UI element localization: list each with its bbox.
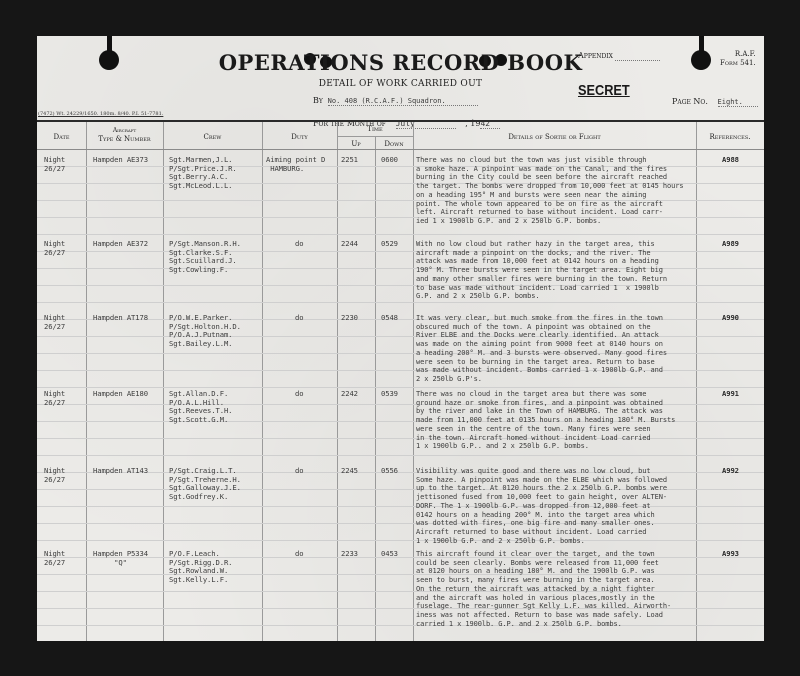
entry-date: Night 26/27 [44, 550, 65, 567]
header-aircraft: Aircraft Type & Number [86, 127, 163, 143]
entry-reference: A988 [722, 156, 739, 165]
header-time: Time [337, 125, 413, 133]
entry-crew: Sgt.Allan.D.F. P/O.A.L.Hill. Sgt.Reeves.… [169, 390, 232, 425]
header-details: Details of Sortie or Flight [413, 133, 696, 141]
entry-time-up: 2242 [341, 390, 358, 399]
by-label: By [313, 96, 323, 105]
entry-duty: do [295, 467, 303, 476]
entry-time-up: 2251 [341, 156, 358, 165]
entry-aircraft: Hampden AE372 [93, 240, 148, 249]
appendix-field: Appendix [578, 51, 660, 61]
entry-crew: P/Sgt.Craig.L.T. P/Sgt.Treherne.H. Sgt.G… [169, 467, 241, 502]
entry-aircraft: Hampden AT178 [93, 314, 148, 323]
entry-time-down: 0600 [381, 156, 398, 165]
header-duty: Duty [262, 133, 337, 141]
entry-duty: Aiming point D HAMBURG. [266, 156, 325, 173]
squadron-value: No. 408 (R.C.A.F.) Squadron. [328, 97, 478, 106]
entry-details: It was very clear, but much smoke from t… [416, 314, 667, 384]
entry-reference: A989 [722, 240, 739, 249]
form-number: Form 541. [720, 59, 756, 68]
entry-details: There was no cloud in the target area bu… [416, 390, 675, 451]
print-code: (7472) Wt. 24229/1650. 180m. 8/40. P.I. … [38, 111, 163, 117]
header-crew: Crew [163, 133, 262, 141]
entry-duty: do [295, 390, 303, 399]
entry-duty: do [295, 240, 303, 249]
entry-date: Night 26/27 [44, 156, 65, 173]
appendix-label: Appendix [578, 51, 613, 60]
entry-time-up: 2233 [341, 550, 358, 559]
header-top-rule [37, 120, 764, 122]
classification-stamp: SECRET [578, 82, 630, 99]
entry-time-up: 2244 [341, 240, 358, 249]
entry-duty: do [295, 550, 303, 559]
page-label: Page No. [672, 97, 708, 106]
header-aircraft-line2: Type & Number [86, 135, 163, 143]
squadron-line: By No. 408 (R.C.A.F.) Squadron. [313, 96, 478, 106]
ruled-line [37, 387, 764, 388]
entry-time-up: 2245 [341, 467, 358, 476]
page-number-field: Page No. Eight. [672, 89, 758, 108]
entry-aircraft: Hampden AE373 [93, 156, 148, 165]
entry-details: Visibility was quite good and there was … [416, 467, 667, 545]
entry-details: With no low cloud but rather hazy in the… [416, 240, 667, 301]
entry-time-down: 0548 [381, 314, 398, 323]
entry-aircraft: Hampden P5334 "Q" [93, 550, 148, 567]
entry-crew: Sgt.Marmen,J.L. P/Sgt.Price.J.R. Sgt.Ber… [169, 156, 237, 191]
entry-reference: A992 [722, 467, 739, 476]
raf-label: R.A.F. [720, 50, 756, 59]
entry-reference: A993 [722, 550, 739, 559]
time-subheader-rule [337, 136, 413, 137]
entry-time-down: 0529 [381, 240, 398, 249]
entry-crew: P/O.F.Leach. P/Sgt.Rigg.D.R. Sgt.Rowland… [169, 550, 232, 585]
entry-details: There was no cloud but the town was just… [416, 156, 683, 226]
page-number-value: Eight. [718, 98, 758, 107]
header-time-down: Down [375, 140, 413, 148]
raf-form-id: R.A.F. Form 541. [720, 50, 756, 68]
entry-aircraft: Hampden AE180 [93, 390, 148, 399]
entry-time-down: 0556 [381, 467, 398, 476]
entry-reference: A991 [722, 390, 739, 399]
entry-aircraft: Hampden AT143 [93, 467, 148, 476]
entry-date: Night 26/27 [44, 467, 65, 484]
entry-date: Night 26/27 [44, 314, 65, 331]
operations-record-page: OPERATIONS RECORD BOOK DETAIL OF WORK CA… [37, 36, 764, 641]
entry-duty: do [295, 314, 303, 323]
entry-date: Night 26/27 [44, 240, 65, 257]
col-divider-up [375, 137, 376, 641]
entry-time-down: 0453 [381, 550, 398, 559]
entry-crew: P/Sgt.Manson.R.H. Sgt.Clarke.S.F. Sgt.Sc… [169, 240, 241, 275]
header-bottom-rule [37, 149, 764, 150]
form-subtitle: DETAIL OF WORK CARRIED OUT [37, 79, 764, 89]
header-aircraft-line1: Aircraft [86, 127, 163, 135]
entry-reference: A990 [722, 314, 739, 323]
appendix-value-line [615, 51, 660, 61]
header-references: References. [696, 133, 764, 141]
entry-details: This aircraft found it clear over the ta… [416, 550, 671, 628]
ruled-line [37, 455, 764, 456]
entry-crew: P/O.W.E.Parker. P/Sgt.Holton.H.D. P/O.A.… [169, 314, 241, 349]
entry-time-up: 2230 [341, 314, 358, 323]
ruled-line [37, 302, 764, 303]
header-date: Date [37, 133, 86, 141]
header-time-up: Up [337, 140, 375, 148]
ruled-line [37, 234, 764, 235]
entry-date: Night 26/27 [44, 390, 65, 407]
entry-time-down: 0539 [381, 390, 398, 399]
